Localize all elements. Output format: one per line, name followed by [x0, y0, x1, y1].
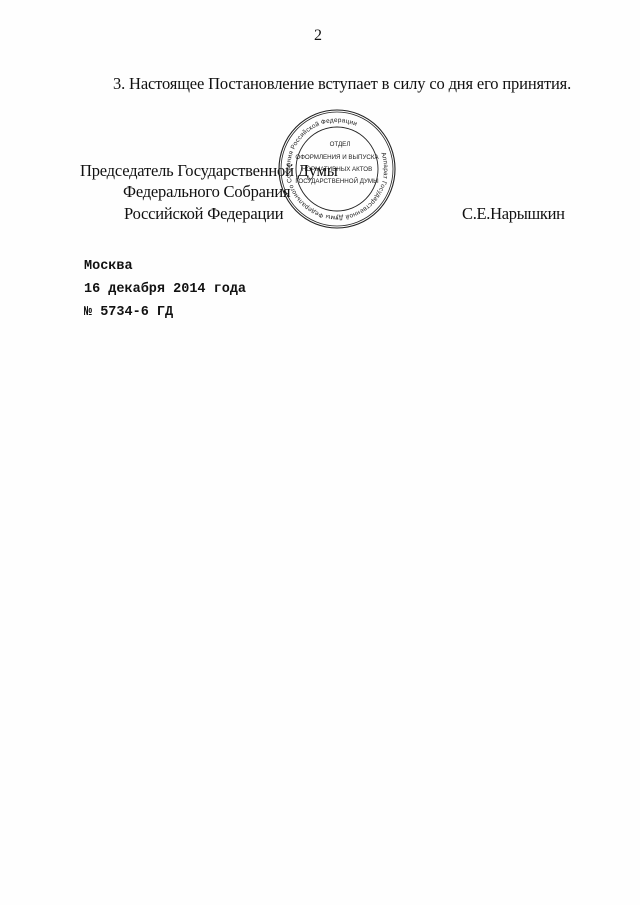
- place: Москва: [84, 259, 133, 274]
- stamp-line-1: ОТДЕЛ: [330, 141, 351, 148]
- document-number: № 5734-6 ГД: [84, 305, 173, 320]
- document-page: 2 3. Настоящее Постановление вступает в …: [0, 0, 640, 905]
- stamp-line-2: ОФОРМЛЕНИЯ И ВЫПУСКА: [295, 154, 379, 161]
- official-stamp-icon: Аппарат Государственной Думы Федеральног…: [276, 108, 398, 230]
- signer-name: С.Е.Нарышкин: [462, 204, 565, 224]
- date: 16 декабря 2014 года: [84, 282, 246, 297]
- signature-title-line-2: Федерального Собрания: [123, 182, 290, 202]
- stamp-line-4: ГОСУДАРСТВЕННОЙ ДУМЫ: [295, 177, 378, 185]
- stamp-line-3: НОРМАТИВНЫХ АКТОВ: [302, 166, 372, 173]
- paragraph-3: 3. Настоящее Постановление вступает в си…: [113, 74, 571, 94]
- signature-title-line-3: Российской Федерации: [124, 204, 283, 224]
- page-number: 2: [0, 27, 636, 45]
